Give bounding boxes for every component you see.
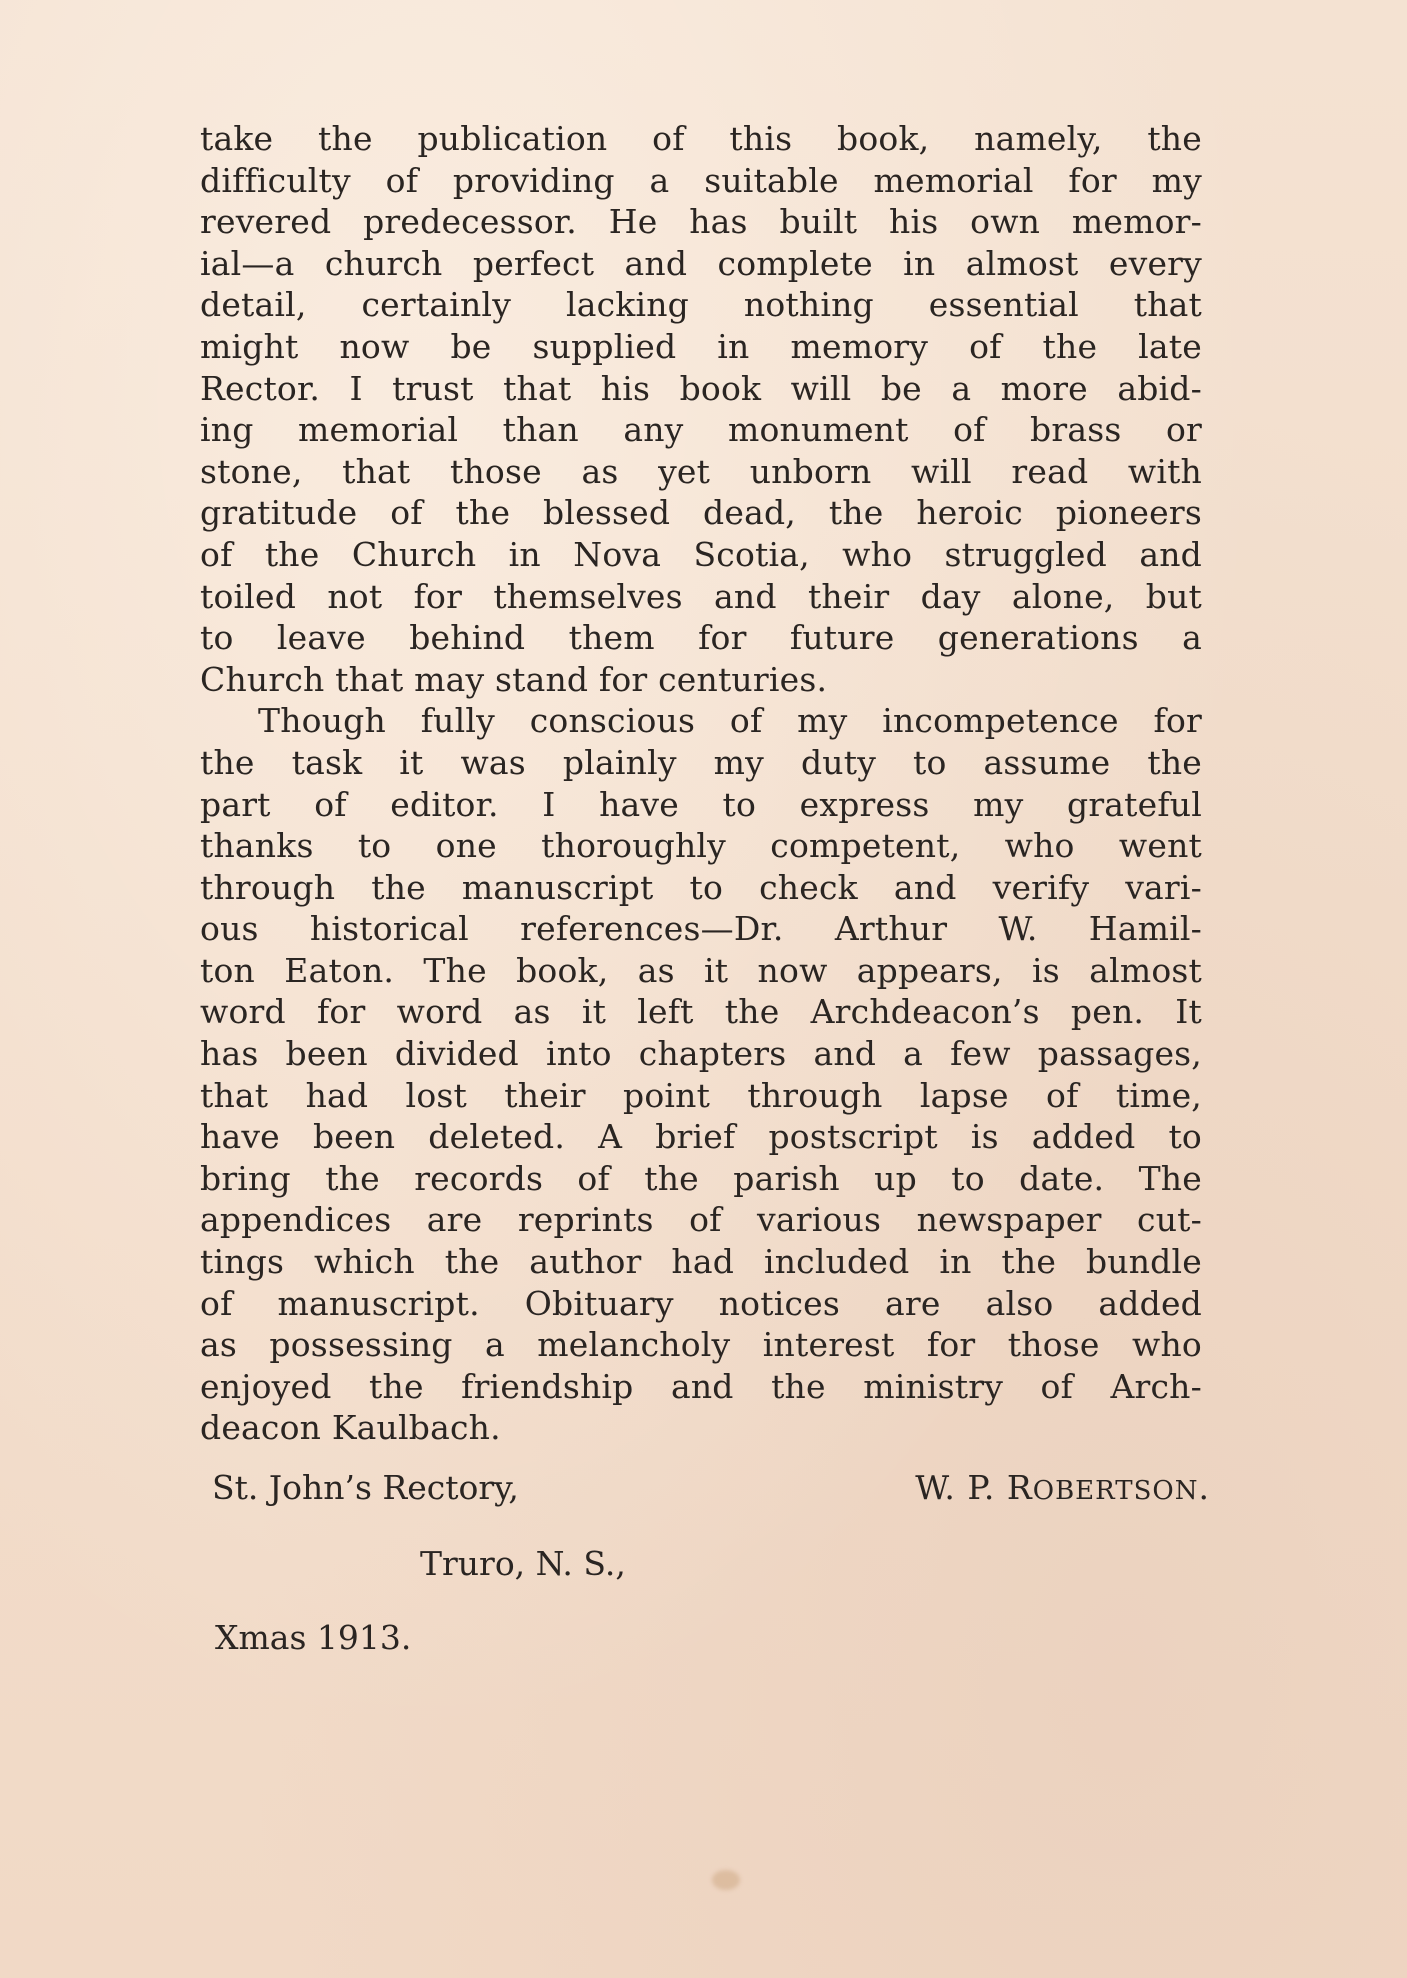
text-line: ous historical references—Dr. Arthur W. …: [200, 908, 1202, 950]
text-line: ton Eaton. The book, as it now appears, …: [200, 950, 1202, 992]
author-initials: W. P. R: [915, 1468, 1032, 1507]
text-line: enjoyed the friendship and the ministry …: [200, 1366, 1202, 1408]
text-line: through the manuscript to check and veri…: [200, 867, 1202, 909]
text-line: take the publication of this book, namel…: [200, 118, 1202, 160]
text-line: as possessing a melancholy interest for …: [200, 1324, 1202, 1366]
author-surname-smallcaps: OBERTSON: [1033, 1476, 1199, 1506]
text-line: tings which the author had included in t…: [200, 1241, 1202, 1283]
text-line: stone, that those as yet unborn will rea…: [200, 451, 1202, 493]
text-line: thanks to one thoroughly competent, who …: [200, 825, 1202, 867]
text-line: to leave behind them for future generati…: [200, 617, 1202, 659]
text-line: Though fully conscious of my incompetenc…: [200, 700, 1202, 742]
body-text: take the publication of this book, namel…: [200, 118, 1202, 1449]
signoff-place: St. John’s Rectory,: [212, 1468, 519, 1507]
text-line: have been deleted. A brief postscript is…: [200, 1116, 1202, 1158]
text-line: has been divided into chapters and a few…: [200, 1033, 1202, 1075]
text-line: difficulty of providing a suitable memor…: [200, 160, 1202, 202]
text-line: detail, certainly lacking nothing essent…: [200, 284, 1202, 326]
text-line: deacon Kaulbach.: [200, 1407, 1202, 1449]
text-line: bring the records of the parish up to da…: [200, 1158, 1202, 1200]
text-line: part of editor. I have to express my gra…: [200, 784, 1202, 826]
book-page: take the publication of this book, namel…: [0, 0, 1407, 1978]
text-line: revered predecessor. He has built his ow…: [200, 201, 1202, 243]
text-line: Church that may stand for centuries.: [200, 659, 1202, 701]
text-line: ial—a church perfect and complete in alm…: [200, 243, 1202, 285]
text-line: word for word as it left the Archdeacon’…: [200, 991, 1202, 1033]
paper-stain: [712, 1870, 740, 1890]
author-period: .: [1199, 1468, 1211, 1507]
text-line: ing memorial than any monument of brass …: [200, 409, 1202, 451]
text-line: of manuscript. Obituary notices are also…: [200, 1283, 1202, 1325]
text-line: gratitude of the blessed dead, the heroi…: [200, 492, 1202, 534]
signoff-town: Truro, N. S.,: [420, 1544, 626, 1583]
signoff-author: W. P. ROBERTSON.: [915, 1468, 1210, 1507]
text-line: might now be supplied in memory of the l…: [200, 326, 1202, 368]
text-line: Rector. I trust that his book will be a …: [200, 368, 1202, 410]
paragraph-2: Though fully conscious of my incompetenc…: [200, 700, 1202, 1449]
text-line: toiled not for themselves and their day …: [200, 576, 1202, 618]
text-line: appendices are reprints of various newsp…: [200, 1199, 1202, 1241]
signoff-date: Xmas 1913.: [215, 1618, 411, 1657]
paragraph-1: take the publication of this book, namel…: [200, 118, 1202, 700]
text-line: the task it was plainly my duty to assum…: [200, 742, 1202, 784]
text-line: that had lost their point through lapse …: [200, 1075, 1202, 1117]
text-line: of the Church in Nova Scotia, who strugg…: [200, 534, 1202, 576]
